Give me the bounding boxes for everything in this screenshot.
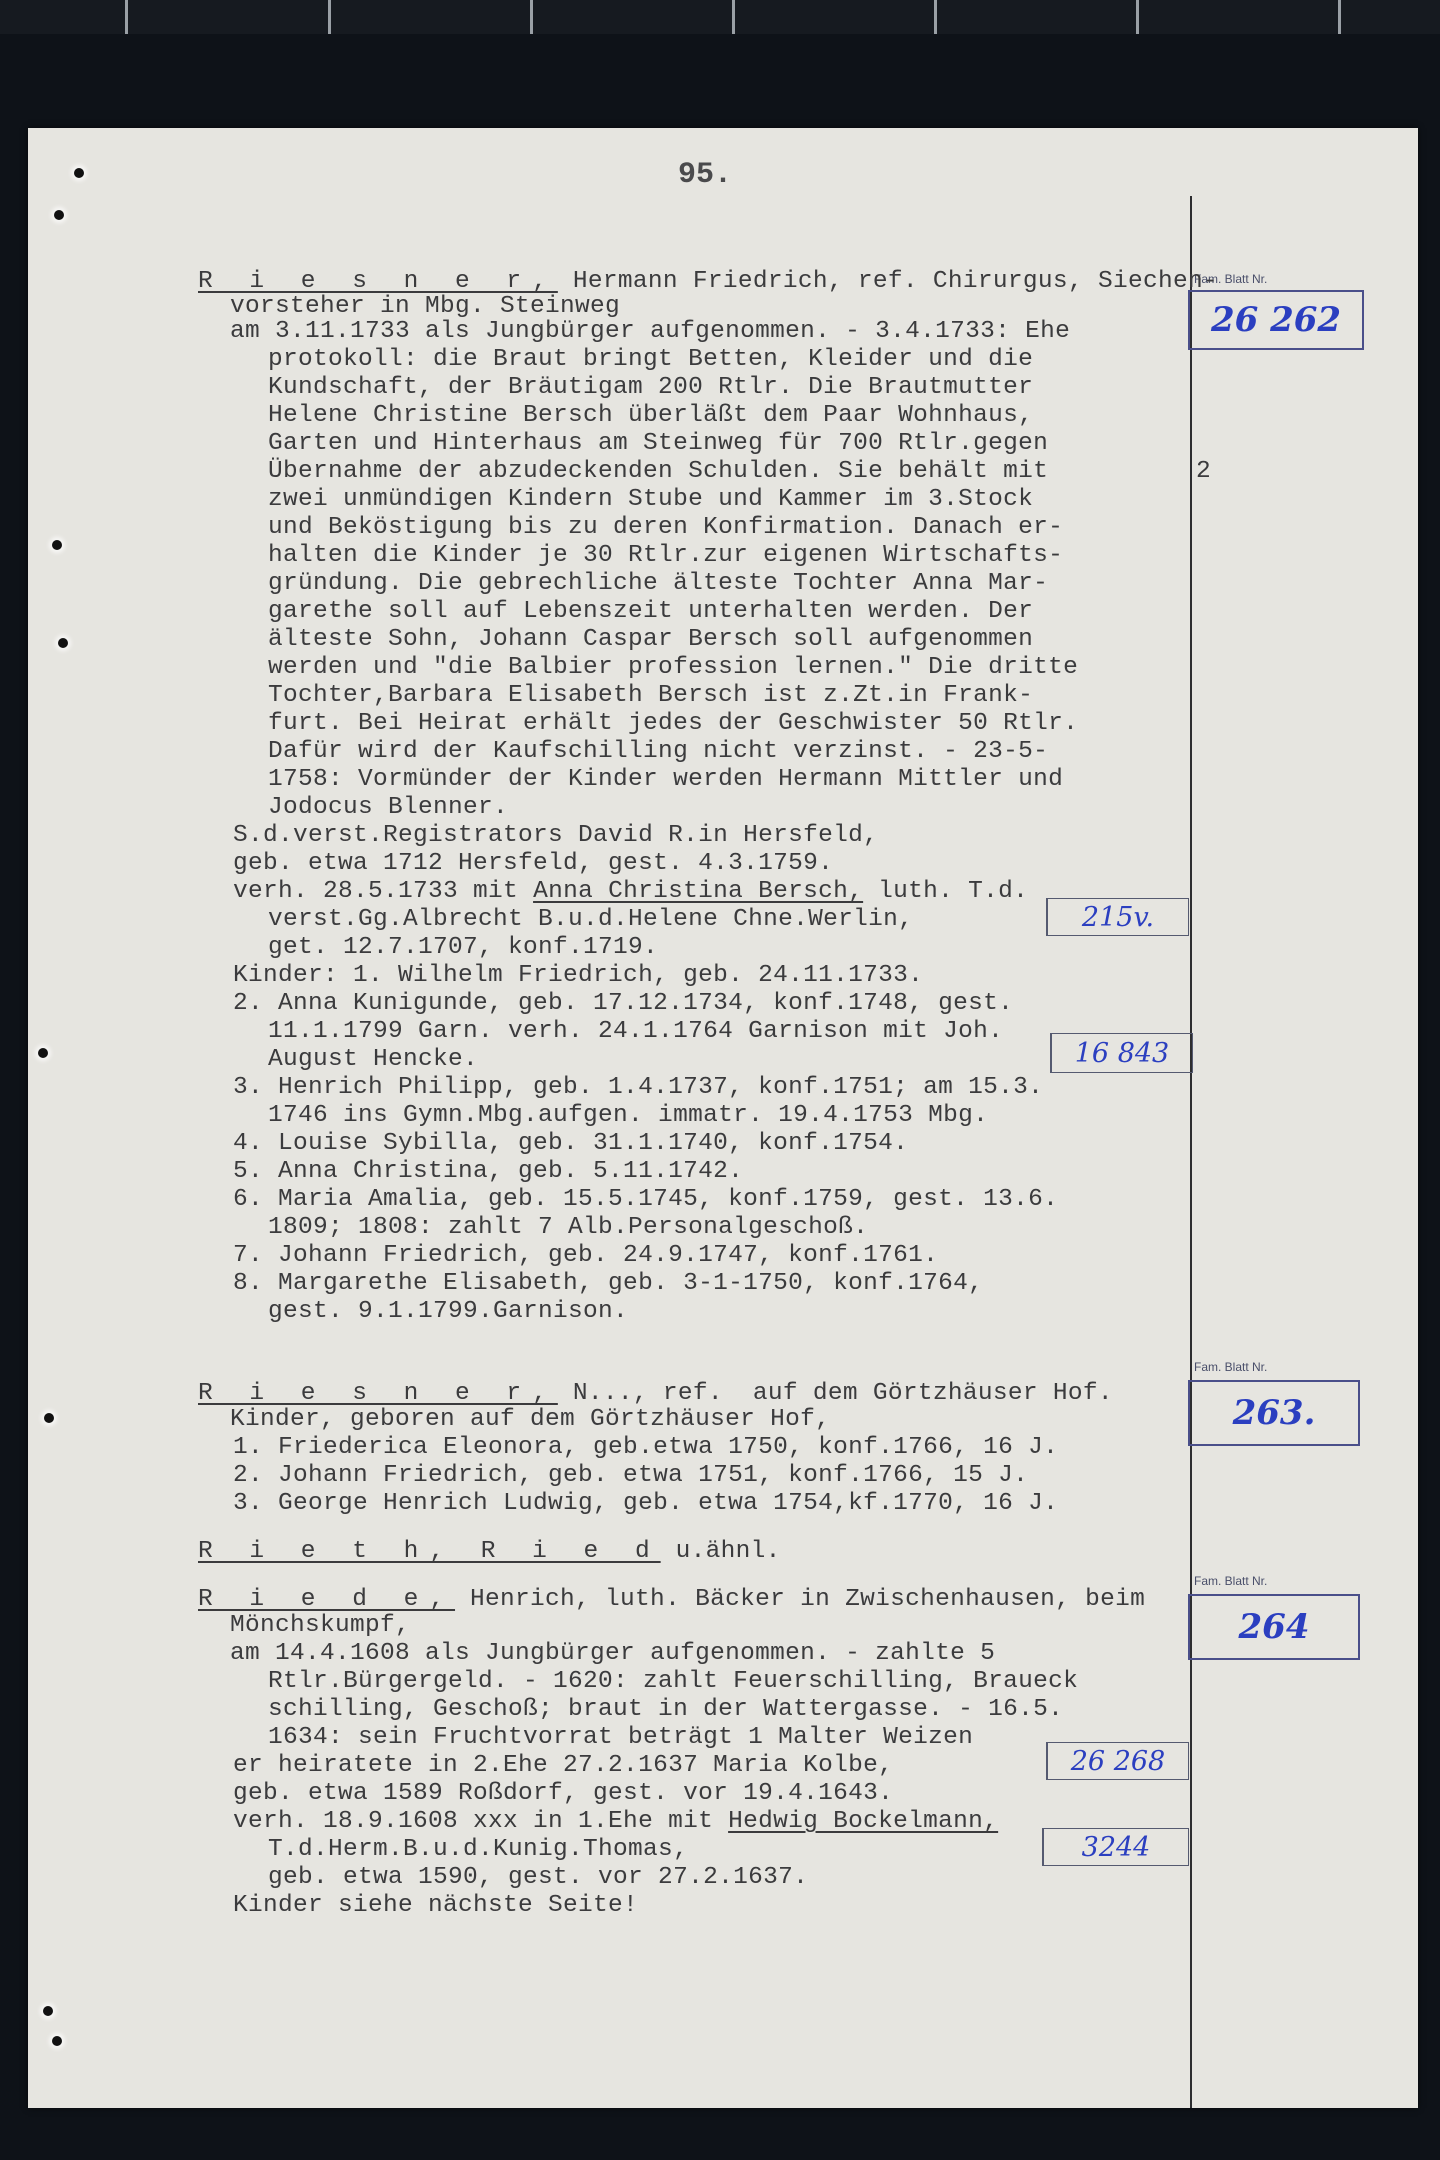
punch-hole (54, 210, 64, 220)
punch-hole (43, 2006, 53, 2016)
text-line: geb. etwa 1589 Roßdorf, gest. vor 19.4.1… (233, 1780, 893, 1808)
text-line: 7. Johann Friedrich, geb. 24.9.1747, kon… (233, 1242, 938, 1270)
punch-hole (38, 1048, 48, 1058)
text-line: T.d.Herm.B.u.d.Kunig.Thomas, (268, 1836, 688, 1864)
text-line: Kundschaft, der Bräutigam 200 Rtlr. Die … (268, 374, 1033, 402)
text-line: 2. Johann Friedrich, geb. etwa 1751, kon… (233, 1462, 1028, 1490)
surname: R i e s n e r, (198, 268, 558, 295)
text-line: 1634: sein Fruchtvorrat beträgt 1 Malter… (268, 1724, 973, 1752)
stamp-label: Fam. Blatt Nr. (1194, 1574, 1267, 1588)
reference-box: 16 843 (1050, 1033, 1193, 1073)
punch-hole (44, 1413, 54, 1423)
text-line: geb. etwa 1590, gest. vor 27.2.1637. (268, 1864, 808, 1892)
text-line: Kinder siehe nächste Seite! (233, 1892, 638, 1920)
text-line: 4. Louise Sybilla, geb. 31.1.1740, konf.… (233, 1130, 908, 1158)
text-line: garethe soll auf Lebenszeit unterhalten … (268, 598, 1033, 626)
ruler-tick (1338, 0, 1341, 34)
spouse-name: Anna Christina Bersch, (533, 878, 863, 905)
reference-number: 3244 (1082, 1832, 1151, 1863)
reference-box: 3244 (1042, 1828, 1189, 1866)
text-line: und Beköstigung bis zu deren Konfirmatio… (268, 514, 1063, 542)
family-sheet-stamp: 26 262 (1188, 290, 1364, 350)
reference-box: 26 268 (1046, 1742, 1189, 1780)
punch-hole (52, 540, 62, 550)
text-line: 2. Anna Kunigunde, geb. 17.12.1734, konf… (233, 990, 1013, 1018)
text-line: halten die Kinder je 30 Rtlr.zur eigenen… (268, 542, 1063, 570)
reference-box: 215v. (1046, 898, 1189, 936)
text-line: 3. Henrich Philipp, geb. 1.4.1737, konf.… (233, 1074, 1043, 1102)
text-line: 1758: Vormünder der Kinder werden Herman… (268, 766, 1063, 794)
text-line: Kinder, geboren auf dem Görtzhäuser Hof, (230, 1406, 830, 1434)
punch-hole (52, 2036, 62, 2046)
reference-number: 16 843 (1075, 1038, 1169, 1069)
text-line: gründung. Die gebrechliche älteste Tocht… (268, 570, 1048, 598)
text-line: er heiratete in 2.Ehe 27.2.1637 Maria Ko… (233, 1752, 893, 1780)
text-line: protokoll: die Braut bringt Betten, Klei… (268, 346, 1033, 374)
document-page: 95. Fam. Blatt Nr. 26 262 R i e s n e r,… (28, 128, 1418, 2108)
surname: R i e d e, (198, 1586, 455, 1613)
ruler-tick (530, 0, 533, 34)
text-line: 1809; 1808: zahlt 7 Alb.Personalgeschoß. (268, 1214, 868, 1242)
text-line: Garten und Hinterhaus am Steinweg für 70… (268, 430, 1048, 458)
margin-note: 2 (1196, 458, 1211, 485)
text-line: Rtlr.Bürgergeld. - 1620: zahlt Feuerschi… (268, 1668, 1078, 1696)
family-sheet-stamp: 263. (1188, 1380, 1360, 1446)
marriage-line: verh. 18.9.1608 xxx in 1.Ehe mit Hedwig … (233, 1808, 998, 1836)
ruler-tick (125, 0, 128, 34)
text-line: werden und "die Balbier profession lerne… (268, 654, 1078, 682)
text-line: furt. Bei Heirat erhält jedes der Geschw… (268, 710, 1078, 738)
entry-heading: R i e s n e r, Hermann Friedrich, ref. C… (198, 268, 1218, 296)
ruler-tick (732, 0, 735, 34)
text-line: S.d.verst.Registrators David R.in Hersfe… (233, 822, 878, 850)
text-line: 8. Margarethe Elisabeth, geb. 3-1-1750, … (233, 1270, 983, 1298)
punch-hole (58, 638, 68, 648)
family-sheet-stamp: 264 (1188, 1594, 1360, 1660)
punch-hole (74, 168, 84, 178)
spouse-name: Hedwig Bockelmann, (728, 1808, 998, 1835)
text-line: 5. Anna Christina, geb. 5.11.1742. (233, 1158, 743, 1186)
text-line: vorsteher in Mbg. Steinweg (230, 293, 620, 321)
text-line: 3. George Henrich Ludwig, geb. etwa 1754… (233, 1490, 1058, 1518)
text-line: 11.1.1799 Garn. verh. 24.1.1764 Garnison… (268, 1018, 1003, 1046)
family-sheet-number: 263. (1233, 1393, 1316, 1433)
text-line: schilling, Geschoß; braut in der Watterg… (268, 1696, 1063, 1724)
text-line: Übernahme der abzudeckenden Schulden. Si… (268, 458, 1048, 486)
text-line: Mönchskumpf, (230, 1612, 410, 1640)
text-line: get. 12.7.1707, konf.1719. (268, 934, 658, 962)
text-line: zwei unmündigen Kindern Stube und Kammer… (268, 486, 1033, 514)
text-line: Dafür wird der Kaufschilling nicht verzi… (268, 738, 1048, 766)
text-line: Jodocus Blenner. (268, 794, 508, 822)
page-number: 95. (678, 158, 732, 192)
text-line: gest. 9.1.1799.Garnison. (268, 1298, 628, 1326)
surname: R i e t h, R i e d (198, 1538, 661, 1565)
ruler-tick (934, 0, 937, 34)
text-line: geb. etwa 1712 Hersfeld, gest. 4.3.1759. (233, 850, 833, 878)
family-sheet-number: 264 (1239, 1607, 1310, 1647)
entry-heading: R i e t h, R i e d u.ähnl. (198, 1538, 781, 1566)
text-line: am 14.4.1608 als Jungbürger aufgenommen.… (230, 1640, 995, 1668)
reference-number: 26 268 (1071, 1746, 1165, 1777)
text-line: Helene Christine Bersch überläßt dem Paa… (268, 402, 1033, 430)
family-sheet-number: 26 262 (1211, 300, 1341, 340)
text-line: 1. Friederica Eleonora, geb.etwa 1750, k… (233, 1434, 1058, 1462)
stamp-label: Fam. Blatt Nr. (1194, 1360, 1267, 1374)
text-line: Tochter,Barbara Elisabeth Bersch ist z.Z… (268, 682, 1033, 710)
entry-heading: R i e d e, Henrich, luth. Bäcker in Zwis… (198, 1586, 1145, 1614)
text-line: verst.Gg.Albrecht B.u.d.Helene Chne.Werl… (268, 906, 913, 934)
scanner-ruler (0, 0, 1440, 34)
text-line: Kinder: 1. Wilhelm Friedrich, geb. 24.11… (233, 962, 923, 990)
marriage-line: verh. 28.5.1733 mit Anna Christina Bersc… (233, 878, 1028, 906)
text-line: 1746 ins Gymn.Mbg.aufgen. immatr. 19.4.1… (268, 1102, 988, 1130)
margin-rule (1190, 196, 1192, 2108)
text-line: älteste Sohn, Johann Caspar Bersch soll … (268, 626, 1033, 654)
entry-heading: R i e s n e r, N..., ref. auf dem Görtzh… (198, 1380, 1113, 1408)
reference-number: 215v. (1082, 902, 1154, 933)
surname: R i e s n e r, (198, 1380, 558, 1407)
text-line: 6. Maria Amalia, geb. 15.5.1745, konf.17… (233, 1186, 1058, 1214)
text-line: am 3.11.1733 als Jungbürger aufgenommen.… (230, 318, 1070, 346)
ruler-tick (1136, 0, 1139, 34)
text-line: August Hencke. (268, 1046, 478, 1074)
ruler-tick (328, 0, 331, 34)
